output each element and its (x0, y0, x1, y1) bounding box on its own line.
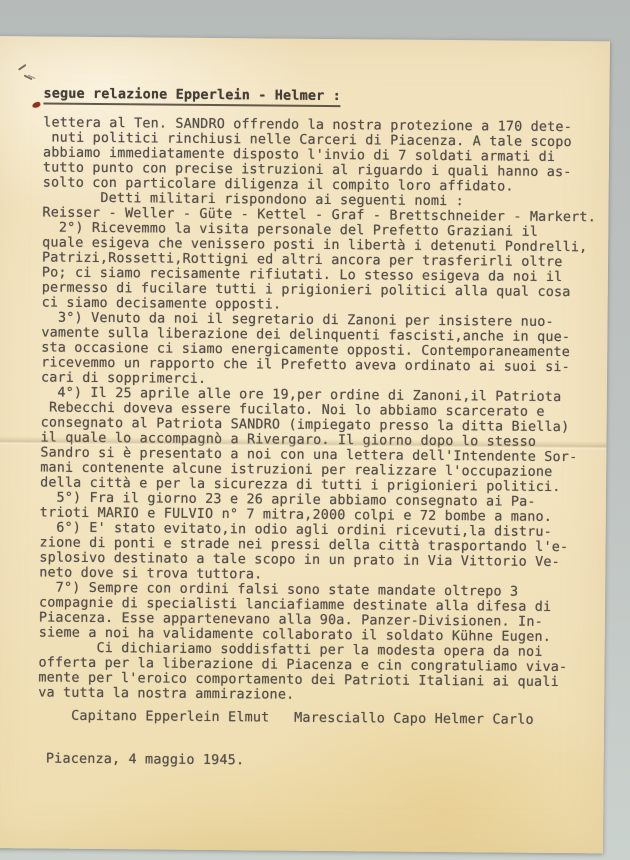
pencil-mark (18, 64, 27, 71)
document-heading-text: segue relazione Epperlein - Helmer : (43, 86, 341, 107)
document-heading: segue relazione Epperlein - Helmer : (43, 86, 605, 109)
scan-background: { "colors": { "scan_background": "#bfc4c… (0, 0, 630, 860)
typewritten-text: segue relazione Epperlein - Helmer : let… (38, 86, 606, 771)
document-body: lettera al Ten. SANDRO offrendo la nostr… (38, 115, 605, 705)
pencil-mark (24, 75, 33, 81)
paper-sheet: segue relazione Epperlein - Helmer : let… (0, 36, 610, 853)
ink-speck (32, 101, 41, 108)
signature-line: Capitano Epperlein Elmut Maresciallo Cap… (38, 708, 600, 728)
date-line: Piacenza, 4 maggio 1945. (38, 751, 600, 771)
